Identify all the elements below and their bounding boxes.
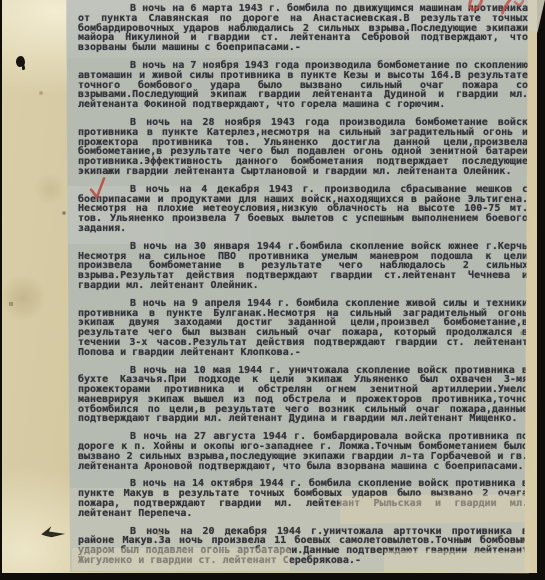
report-paragraph: В ночь на 30 января 1944 г.бомбила скопл… xyxy=(78,242,528,291)
report-paragraph: В ночь на 28 ноября 1943 года производил… xyxy=(78,118,528,177)
pencil-arrow-mark-icon xyxy=(40,523,68,542)
red-pencil-number-fragment-icon xyxy=(462,0,532,16)
report-paragraph: В ночь на 9 апреля 1944 г. бомбила скопл… xyxy=(78,299,528,358)
ink-blot xyxy=(16,56,25,67)
report-paragraph: В ночь на 14 октября 1944 г. бомбила ско… xyxy=(78,479,528,518)
report-paragraph: В ночь на 10 мая 1944 г. уничтожала скоп… xyxy=(78,366,528,425)
scanned-document-page: В ночь на 6 марта 1943 г. бомбила по дви… xyxy=(0,0,545,580)
report-paragraph: В ночь на 27 августа 1944 г. бомбардиров… xyxy=(78,432,528,471)
typewritten-text-column: В ночь на 6 марта 1943 г. бомбила по дви… xyxy=(78,4,528,574)
report-paragraph: В ночь на 20 декабря 1944 г.уничтожала а… xyxy=(78,527,528,566)
report-paragraph: В ночь на 7 ноября 1943 года производила… xyxy=(78,61,528,110)
report-paragraph: В ночь на 6 марта 1943 г. бомбила по дви… xyxy=(78,4,528,53)
red-checkmark-icon xyxy=(87,175,109,201)
report-paragraph: В ночь на 4 декабря 1943 г. производила … xyxy=(78,185,528,234)
document-sheet: В ночь на 6 марта 1943 г. бомбила по дви… xyxy=(66,0,528,572)
